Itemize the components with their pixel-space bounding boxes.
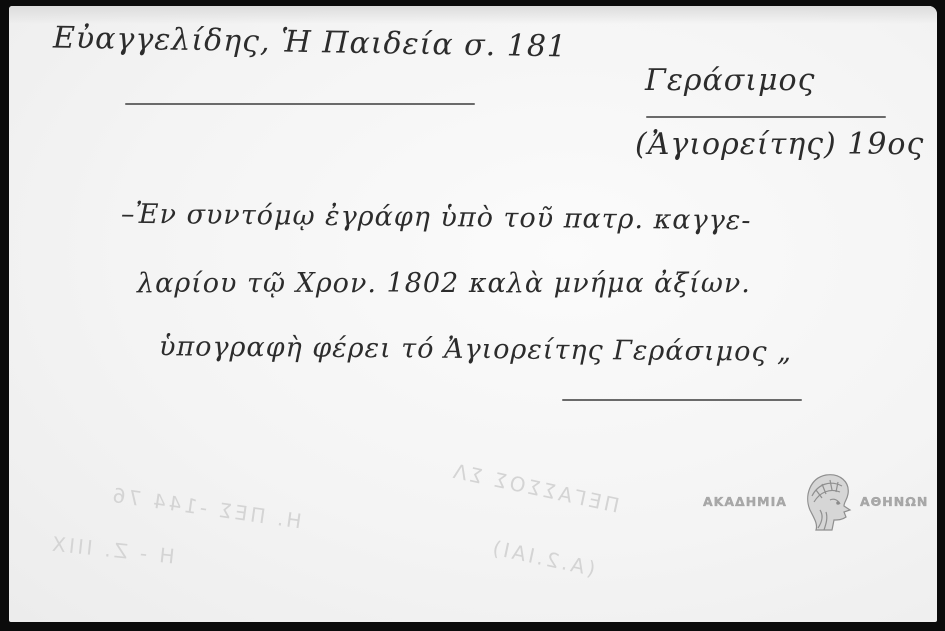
athena-head-emblem-icon bbox=[800, 470, 856, 534]
body-underline bbox=[562, 399, 802, 401]
bleed-through-line-1: H. ΠΕΣ -144 76 bbox=[108, 483, 303, 534]
subject-name-underline bbox=[646, 116, 886, 118]
body-line-2: λαρίου τῷ Χρον. 1802 καλὰ μνήμα ἀξίων. bbox=[137, 270, 751, 297]
subject-name: Γεράσιμος bbox=[645, 66, 815, 96]
body-line-3: ὑπογραφὴ φέρει τό Ἀγιορείτης Γεράσιμος „ bbox=[159, 333, 792, 366]
bleed-through-line-3: ΠΕΓΑΣΣΟΣ ΣΛ bbox=[448, 458, 621, 517]
reference-underline bbox=[125, 103, 475, 105]
bleed-through-line-4: (Α.2.ΙΑΙ) bbox=[488, 535, 598, 581]
subject-subname: (Ἀγιορείτης) 19ος bbox=[635, 130, 924, 160]
reference-citation: Εὐαγγελίδης, Ἡ Παιδεία σ. 181 bbox=[53, 24, 568, 63]
academy-stamp: ΑΚΑΔΗΜΙΑ ΑΘΗΝΩΝ bbox=[700, 470, 940, 534]
bleed-through-line-2: H - Z. IIIX bbox=[48, 531, 176, 568]
stamp-right-word: ΑΘΗΝΩΝ bbox=[860, 494, 928, 509]
stamp-left-word: ΑΚΑΔΗΜΙΑ bbox=[703, 494, 787, 509]
body-line-1: –Ἐν συντόμῳ ἐγράφη ὑπὸ τοῦ πατρ. καγγε- bbox=[121, 201, 752, 235]
